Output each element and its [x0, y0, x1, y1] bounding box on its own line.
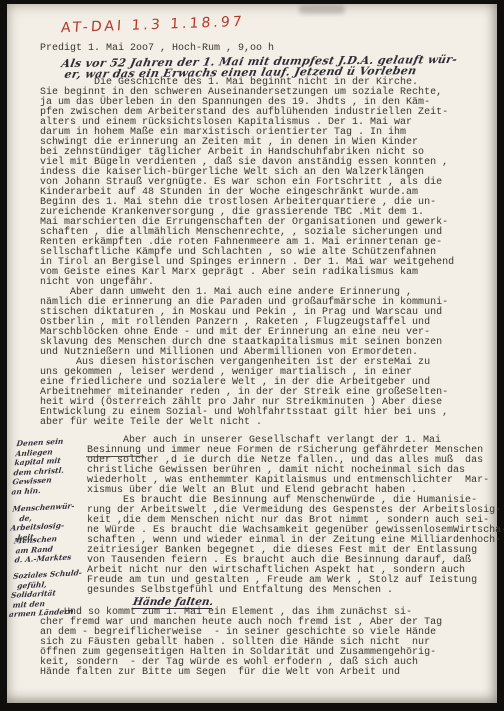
- scan-artifact: [299, 5, 345, 14]
- body-paragraph-4: Aber auch in unserer Gesellschaft verlan…: [87, 436, 504, 596]
- archival-number: AT-DAI 1.3 1.18.97: [60, 14, 245, 36]
- margin-note-4: Soziales Schuld- gefühl, Solidarität mit…: [9, 568, 83, 619]
- document-page: AT-DAI 1.3 1.18.97 Predigt 1. Mai 2oo7 ,…: [7, 4, 497, 703]
- margin-note-1: Denen sein Anliegen kapital mit dem chri…: [11, 436, 67, 496]
- sermon-title: Predigt 1. Mai 2oo7 , Hoch-Rum , 9,oo h: [40, 44, 274, 54]
- body-paragraphs-1-3: Die Geschichte des 1. Mai beginnt nicht …: [40, 78, 454, 428]
- body-paragraph-5: Und so kommt zum 1. Mai ein Element , da…: [40, 608, 442, 678]
- margin-note-3: Menschen am Rand d. A.-Marktes: [12, 533, 74, 565]
